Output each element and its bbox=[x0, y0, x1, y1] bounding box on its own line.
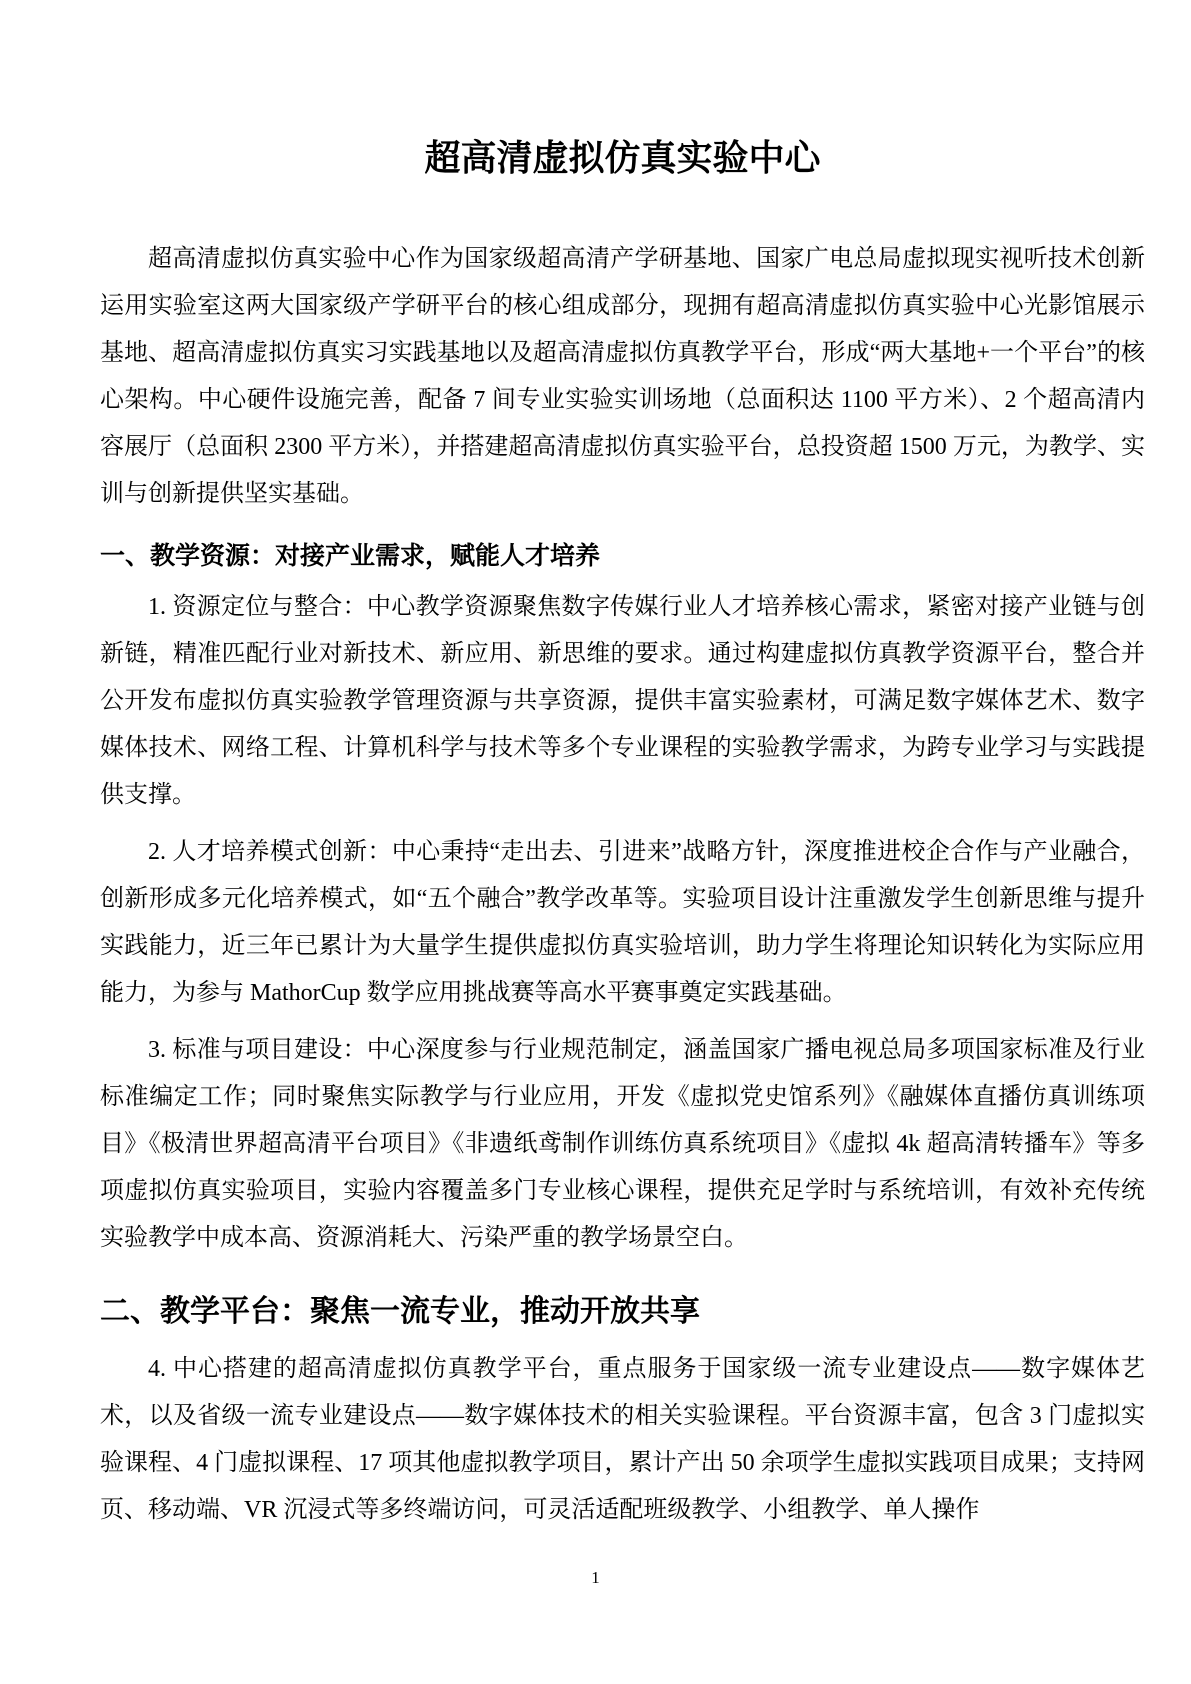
section-1-paragraph-3: 3. 标准与项目建设：中心深度参与行业规范制定，涵盖国家广播电视总局多项国家标准… bbox=[100, 1027, 1145, 1262]
intro-paragraph: 超高清虚拟仿真实验中心作为国家级超高清产学研基地、国家广电总局虚拟现实视听技术创… bbox=[100, 236, 1145, 518]
document-title: 超高清虚拟仿真实验中心 bbox=[100, 130, 1145, 186]
section-1-paragraph-1: 1. 资源定位与整合：中心教学资源聚焦数字传媒行业人才培养核心需求，紧密对接产业… bbox=[100, 584, 1145, 819]
section-2-heading: 二、教学平台：聚焦一流专业，推动开放共享 bbox=[100, 1288, 1145, 1336]
page-number: 1 bbox=[0, 1568, 1191, 1588]
section-1-paragraph-2: 2. 人才培养模式创新：中心秉持“走出去、引进来”战略方针，深度推进校企合作与产… bbox=[100, 829, 1145, 1017]
document-page: 超高清虚拟仿真实验中心 超高清虚拟仿真实验中心作为国家级超高清产学研基地、国家广… bbox=[0, 0, 1191, 1684]
section-2-paragraph-4: 4. 中心搭建的超高清虚拟仿真教学平台，重点服务于国家级一流专业建设点——数字媒… bbox=[100, 1346, 1145, 1534]
section-1-heading: 一、教学资源：对接产业需求，赋能人才培养 bbox=[100, 538, 1145, 574]
